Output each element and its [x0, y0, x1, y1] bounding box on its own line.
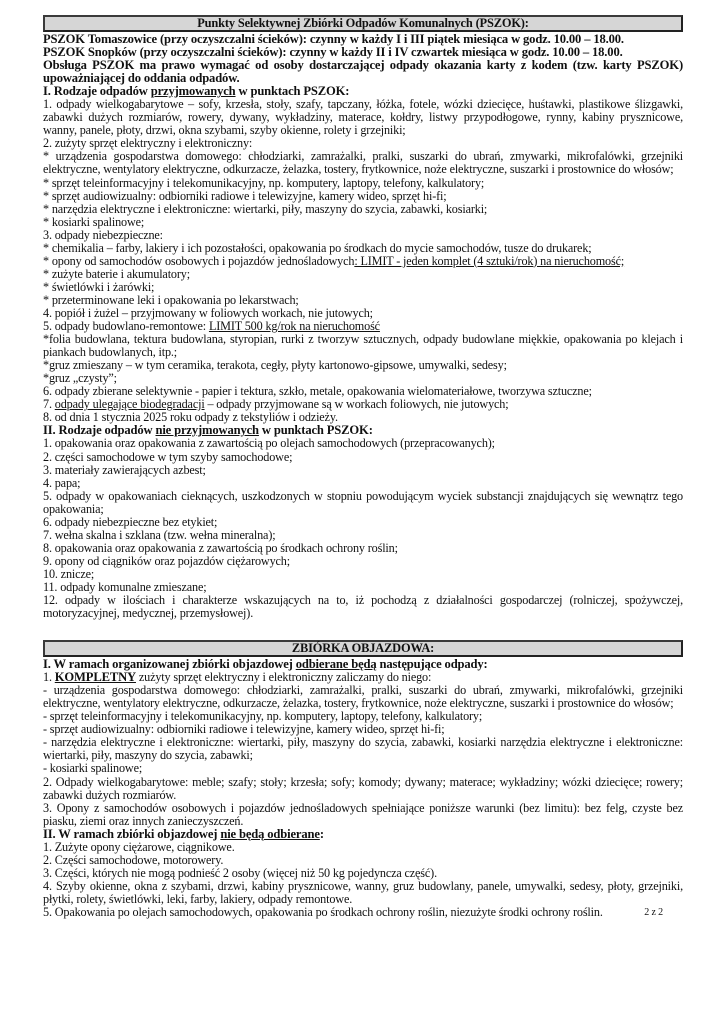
collected-list: - urządzenia gospodarstwa domowego: chło…	[43, 684, 683, 828]
heading-underlined: nie będą odbierane	[220, 827, 319, 841]
list-item: 1. odpady wielkogabarytowe – sofy, krzes…	[43, 98, 683, 137]
list-item: 2. części samochodowe w tym szyby samoch…	[43, 451, 683, 464]
item-text: 1.	[43, 670, 55, 684]
heading-text: II. W ramach zbiórki objazdowej	[43, 827, 220, 841]
item-text: – odpady przyjmowane są w workach foliow…	[205, 397, 509, 411]
list-item: * narzędzia elektryczne i elektroniczne:…	[43, 203, 683, 216]
list-item: 5. odpady w opakowaniach cieknących, usz…	[43, 490, 683, 516]
not-collected-heading: II. W ramach zbiórki objazdowej nie będą…	[43, 828, 683, 841]
heading-text: w punktach PSZOK:	[259, 423, 373, 437]
accepted-list: *folia budowlana, tektura budowlana, sty…	[43, 333, 683, 398]
list-item: 5. Opakowania po olejach samochodowych, …	[43, 906, 683, 919]
bio-underlined: odpady ulegające biodegradacji	[55, 397, 205, 411]
tires-limit: : LIMIT - jeden komplet (4 sztuki/rok) n…	[354, 254, 624, 268]
list-item: 4. Szyby okienne, okna z szybami, drzwi,…	[43, 880, 683, 906]
pszok-card-notice: Obsługa PSZOK ma prawo wymagać od osoby …	[43, 59, 683, 85]
list-item: 1. Zużyte opony ciężarowe, ciągnikowe.	[43, 841, 683, 854]
heading-underlined: nie przyjmowanych	[155, 423, 258, 437]
item-text: 7.	[43, 397, 55, 411]
not-collected-list: 1. Zużyte opony ciężarowe, ciągnikowe.2.…	[43, 841, 683, 919]
list-item: 2. Odpady wielkogabarytowe: meble; szafy…	[43, 776, 683, 802]
list-item: 3. odpady niebezpieczne:	[43, 229, 683, 242]
list-item: 4. papa;	[43, 477, 683, 490]
list-item: * świetlówki i żarówki;	[43, 281, 683, 294]
mobile-section-header: ZBIÓRKA OBJAZDOWA:	[43, 640, 683, 657]
section-spacer	[43, 620, 683, 640]
item-text: 5. odpady budowlano-remontowe:	[43, 319, 209, 333]
list-item: * sprzęt audiowizualny: odbiorniki radio…	[43, 190, 683, 203]
item-text: * opony od samochodów osobowych i pojazd…	[43, 254, 354, 268]
heading-underlined: odbierane będą	[296, 657, 377, 671]
list-item: 10. znicze;	[43, 568, 683, 581]
heading-text: w punktach PSZOK:	[236, 84, 350, 98]
heading-underlined: przyjmowanych	[151, 84, 236, 98]
construction-limit: LIMIT 500 kg/rok na nieruchomość	[209, 319, 380, 333]
list-item: 3. materiały zawierających azbest;	[43, 464, 683, 477]
list-item: 2. Części samochodowe, motorowery.	[43, 854, 683, 867]
list-item: 6. odpady niebezpieczne bez etykiet;	[43, 516, 683, 529]
heading-text: :	[320, 827, 324, 841]
list-item: 3. Opony z samochodów osobowych i pojazd…	[43, 802, 683, 828]
list-item-tires: * opony od samochodów osobowych i pojazd…	[43, 255, 683, 268]
item-text: zużyty sprzęt elektryczny i elektroniczn…	[136, 670, 431, 684]
heading-text: I. Rodzaje odpadów	[43, 84, 151, 98]
page-number: 2 z 2	[644, 906, 663, 919]
list-item: * urządzenia gospodarstwa domowego: chło…	[43, 150, 683, 176]
list-item: *gruz zmieszany – w tym ceramika, terako…	[43, 359, 683, 372]
list-item: * sprzęt teleinformacyjny i telekomunika…	[43, 177, 683, 190]
accepted-list: 1. odpady wielkogabarytowe – sofy, krzes…	[43, 98, 683, 255]
list-item: 1. opakowania oraz opakowania z zawartoś…	[43, 437, 683, 450]
list-item: - kosiarki spalinowe;	[43, 762, 683, 775]
complete-emphasis: KOMPLETNY	[55, 670, 136, 684]
document-page: Punkty Selektywnej Zbiórki Odpadów Komun…	[43, 15, 683, 919]
list-item: * kosiarki spalinowe;	[43, 216, 683, 229]
list-item: * zużyte baterie i akumulatory;	[43, 268, 683, 281]
list-item: *folia budowlana, tektura budowlana, sty…	[43, 333, 683, 359]
rejected-list: 1. opakowania oraz opakowania z zawartoś…	[43, 437, 683, 620]
list-item: 7. wełna skalna i szklana (tzw. wełna mi…	[43, 529, 683, 542]
accepted-list: * zużyte baterie i akumulatory;* świetló…	[43, 268, 683, 320]
list-item: - urządzenia gospodarstwa domowego: chło…	[43, 684, 683, 710]
list-item: 12. odpady w ilościach i charakterze wsk…	[43, 594, 683, 620]
list-item: - narzędzia elektryczne i elektroniczne:…	[43, 736, 683, 762]
heading-text: I. W ramach organizowanej zbiórki objazd…	[43, 657, 296, 671]
heading-text: II. Rodzaje odpadów	[43, 423, 155, 437]
pszok-section-header: Punkty Selektywnej Zbiórki Odpadów Komun…	[43, 15, 683, 32]
list-item: 3. Części, których nie mogą podnieść 2 o…	[43, 867, 683, 880]
list-item: 8. opakowania oraz opakowania z zawartoś…	[43, 542, 683, 555]
list-item: 9. opony od ciągników oraz pojazdów cięż…	[43, 555, 683, 568]
heading-text: następujące odpady:	[377, 657, 488, 671]
